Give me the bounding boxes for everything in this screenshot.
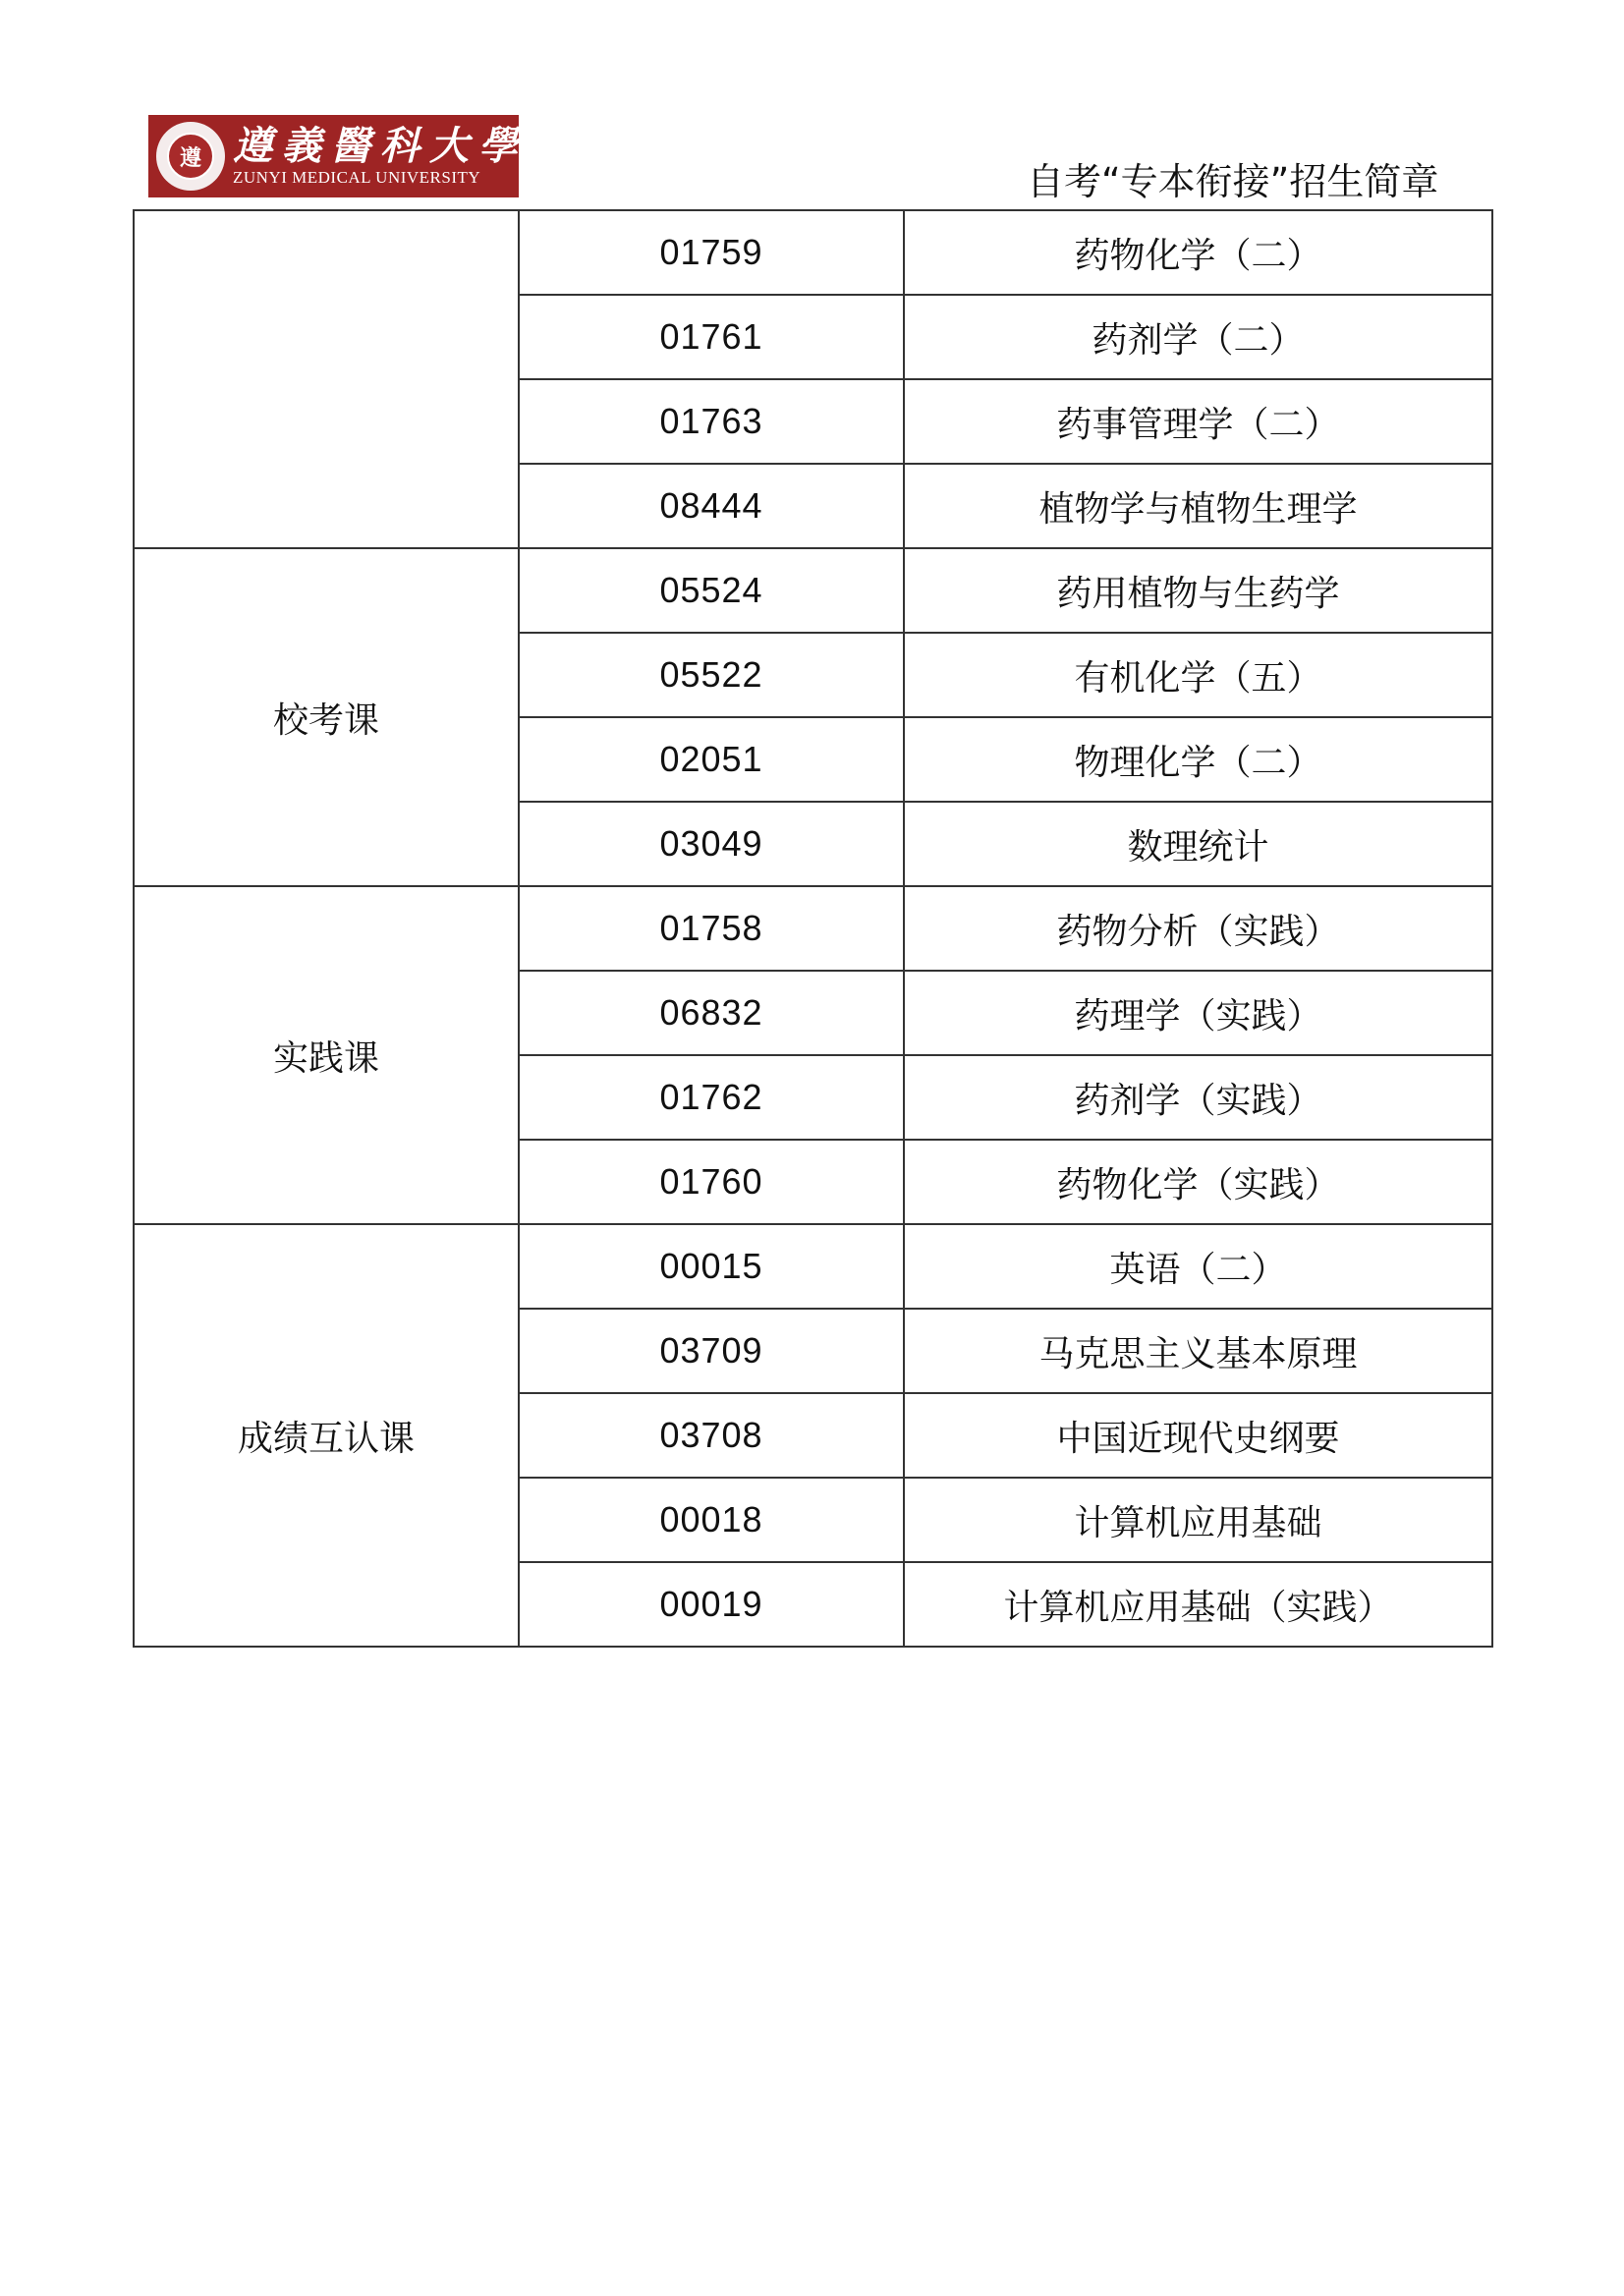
course-code: 00015 <box>519 1224 904 1309</box>
course-name: 马克思主义基本原理 <box>904 1309 1492 1393</box>
category-cell <box>134 210 519 548</box>
category-cell: 成绩互认课 <box>134 1224 519 1647</box>
course-code: 01761 <box>519 295 904 379</box>
emblem-glyph: 遵 <box>167 133 214 180</box>
logo-name-en: ZUNYI MEDICAL UNIVERSITY <box>233 168 528 188</box>
course-name: 药物化学（二） <box>904 210 1492 295</box>
course-name: 有机化学（五） <box>904 633 1492 717</box>
course-code: 01758 <box>519 886 904 971</box>
university-logo: 遵 遵義醫科大學 ZUNYI MEDICAL UNIVERSITY <box>148 115 519 197</box>
table-row: 01759 药物化学（二） <box>134 210 1492 295</box>
table-row: 成绩互认课 00015 英语（二） <box>134 1224 1492 1309</box>
course-name: 植物学与植物生理学 <box>904 464 1492 548</box>
course-code: 01760 <box>519 1140 904 1224</box>
course-name: 英语（二） <box>904 1224 1492 1309</box>
table-row: 实践课 01758 药物分析（实践） <box>134 886 1492 971</box>
course-table: 01759 药物化学（二） 01761 药剂学（二） 01763 药事管理学（二… <box>133 209 1493 1648</box>
course-name: 中国近现代史纲要 <box>904 1393 1492 1478</box>
course-name: 物理化学（二） <box>904 717 1492 802</box>
table-row: 校考课 05524 药用植物与生药学 <box>134 548 1492 633</box>
course-code: 02051 <box>519 717 904 802</box>
course-name: 药剂学（实践） <box>904 1055 1492 1140</box>
course-code: 06832 <box>519 971 904 1055</box>
course-code: 03049 <box>519 802 904 886</box>
course-code: 01759 <box>519 210 904 295</box>
course-name: 数理统计 <box>904 802 1492 886</box>
course-code: 03708 <box>519 1393 904 1478</box>
category-cell: 校考课 <box>134 548 519 886</box>
course-code: 05524 <box>519 548 904 633</box>
course-table-body: 01759 药物化学（二） 01761 药剂学（二） 01763 药事管理学（二… <box>134 210 1492 1647</box>
course-code: 00019 <box>519 1562 904 1647</box>
category-cell: 实践课 <box>134 886 519 1224</box>
course-code: 03709 <box>519 1309 904 1393</box>
course-name: 药理学（实践） <box>904 971 1492 1055</box>
course-name: 药事管理学（二） <box>904 379 1492 464</box>
course-code: 00018 <box>519 1478 904 1562</box>
logo-name-cn: 遵義醫科大學 <box>233 125 528 168</box>
course-name: 药物化学（实践） <box>904 1140 1492 1224</box>
course-name: 药物分析（实践） <box>904 886 1492 971</box>
course-code: 05522 <box>519 633 904 717</box>
course-name: 计算机应用基础 <box>904 1478 1492 1562</box>
course-name: 计算机应用基础（实践） <box>904 1562 1492 1647</box>
course-code: 08444 <box>519 464 904 548</box>
document-title: 自考“专本衔接”招生简章 <box>1027 159 1438 204</box>
logo-text: 遵義醫科大學 ZUNYI MEDICAL UNIVERSITY <box>233 125 528 188</box>
course-name: 药用植物与生药学 <box>904 548 1492 633</box>
emblem-icon: 遵 <box>156 122 225 191</box>
course-code: 01763 <box>519 379 904 464</box>
course-name: 药剂学（二） <box>904 295 1492 379</box>
course-code: 01762 <box>519 1055 904 1140</box>
